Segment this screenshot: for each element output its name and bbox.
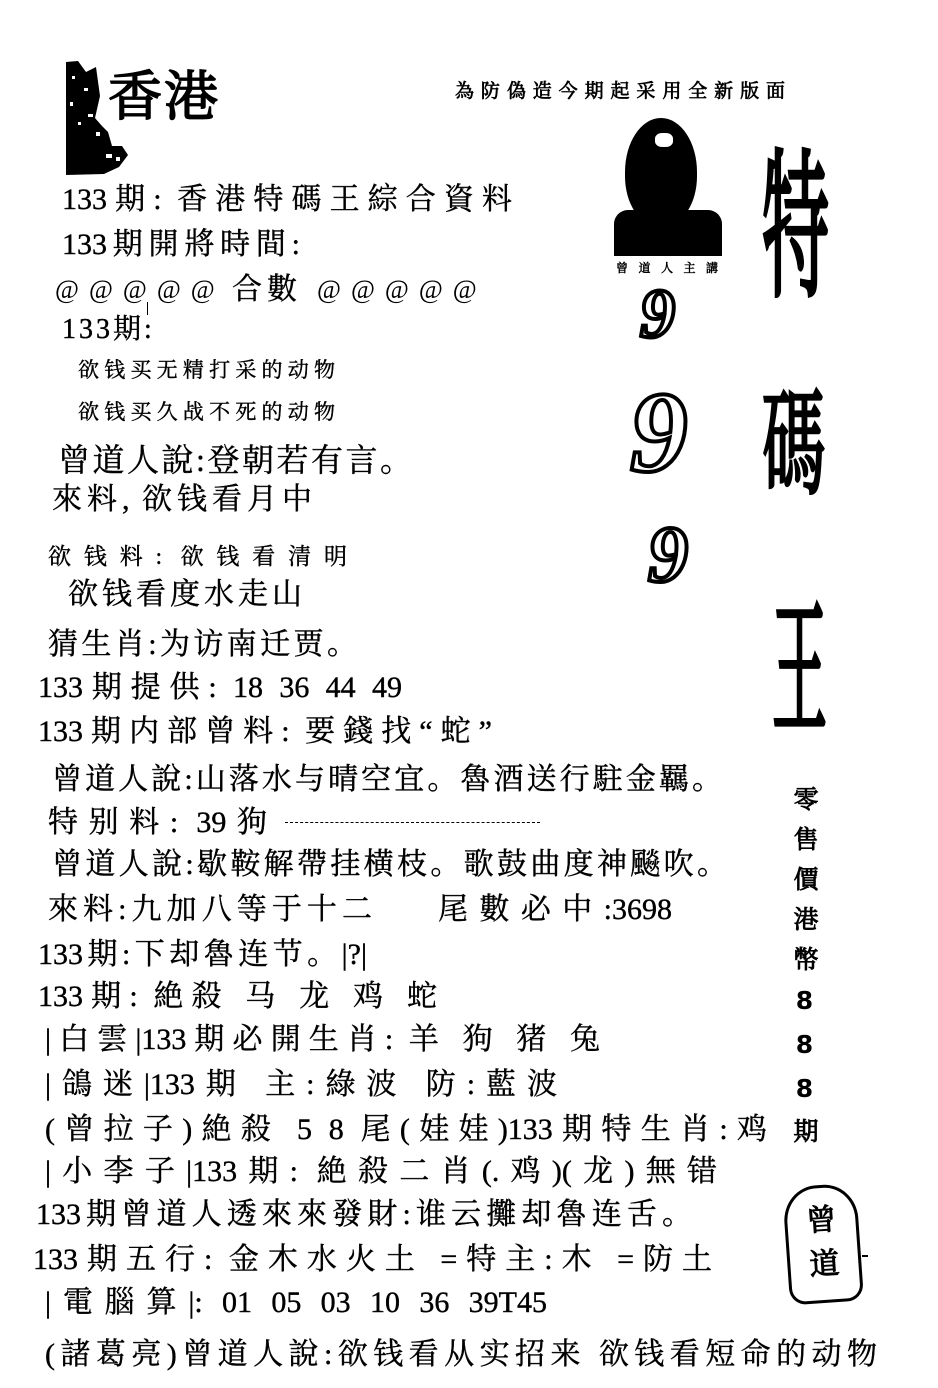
period-label: 133期: xyxy=(62,316,155,344)
computer-pick-line: |電腦算|: 01 05 03 10 36 39T45 xyxy=(45,1288,547,1318)
lucky-digit-3: 9 xyxy=(648,515,688,595)
sum-row-left: @@@@@ xyxy=(55,277,225,303)
xiaolizi-line: |小李子|133期: 絶殺二肖(.鸡)(龙)無错 xyxy=(45,1157,717,1187)
guess-zodiac-line: 猜生肖:为访南迁贾。 xyxy=(48,630,357,660)
yuqian-liao-line: 欲钱料: 欲钱看清明 xyxy=(48,545,347,568)
title-char-wang: 王 xyxy=(772,598,827,743)
seal-logo-icon: 曾 道 xyxy=(782,1183,864,1306)
scan-mark xyxy=(862,1255,868,1257)
zeng-says-line-3: 曾道人說:歇鞍解帶挂横枝。歌鼓曲度神飈吹。 xyxy=(52,850,727,880)
seal-char-2: 道 xyxy=(790,1248,860,1283)
riddle-line-3: 133期:下却魯连节。|?| xyxy=(38,940,367,970)
title-line: 133期: 香港特碼王綜合資料 xyxy=(62,185,512,215)
sum-row-right: @@@@@ xyxy=(317,277,487,303)
baiyun-line: |白雲|133期必開生肖: 羊 狗 猪 兔 xyxy=(45,1025,600,1055)
draw-time-line: 133期開將時間: xyxy=(62,230,300,260)
portrait-shoulders xyxy=(614,210,722,256)
zeng-says-line-2: 曾道人說:山落水与晴空宜。魯酒送行駐金羈。 xyxy=(52,765,722,795)
zeng-says-line-1: 曾道人說:登朝若有言。 xyxy=(58,444,412,476)
portrait-highlight xyxy=(655,133,673,147)
tail-numbers-line: 尾數必中:3698 xyxy=(438,895,672,925)
riddle-line-1: 欲钱买无精打采的动物 xyxy=(78,360,335,381)
gemi-line: |鴿迷|133期 主:綠波 防:藍波 xyxy=(45,1070,557,1100)
inside-info-line: 133期内部曾料: 要錢找“蛇” xyxy=(38,717,492,747)
dotted-separator xyxy=(285,822,540,823)
zhuge-line: (諸葛亮)曾道人說:欲钱看从实招来 欲钱看短命的动物 xyxy=(45,1340,877,1370)
title-char-ma: 碼 xyxy=(762,388,825,503)
portrait-caption: 曾道人主講 xyxy=(616,262,718,274)
price-vertical-text: 零售價港幣888期 xyxy=(792,786,817,1158)
seal-char-1: 曾 xyxy=(786,1204,856,1239)
wuxing-line: 133期五行: 金木水火土 =特主:木 =防土 xyxy=(33,1245,712,1275)
layout-notice: 為防偽造今期起采用全新版面 xyxy=(455,82,785,101)
lucky-digit-2: 9 xyxy=(630,375,688,490)
provided-numbers-line: 133期提供: 18 36 44 49 xyxy=(38,673,402,703)
title-char-te: 特 xyxy=(762,148,829,308)
yuqian-kan-line: 欲钱看度水走山 xyxy=(68,580,302,610)
riddle-line-2: 欲钱买久战不死的动物 xyxy=(78,402,335,423)
facai-line: 133期曾道人透來來發財:谁云攤却魯连舌。 xyxy=(36,1200,692,1230)
lailiao-line-2: 來料:九加八等于十二 xyxy=(48,895,372,925)
lucky-digit-1: 9 xyxy=(640,280,675,350)
sum-row-label: 合數 xyxy=(232,275,302,305)
kill-zodiac-line: 133期: 絶殺 马 龙 鸡 蛇 xyxy=(38,982,437,1012)
document-page: 香港 為防偽造今期起采用全新版面 133期: 香港特碼王綜合資料 133期開將時… xyxy=(0,0,938,1388)
logo-text: 香港 xyxy=(108,70,220,124)
zenglazi-line: (曾拉子)絶殺 5 8 尾(娃娃)133期特生肖:鸡 xyxy=(45,1115,767,1145)
special-line: 特别料: 39狗 xyxy=(48,808,267,838)
lailiao-line-1: 來料, 欲钱看月中 xyxy=(52,485,312,515)
